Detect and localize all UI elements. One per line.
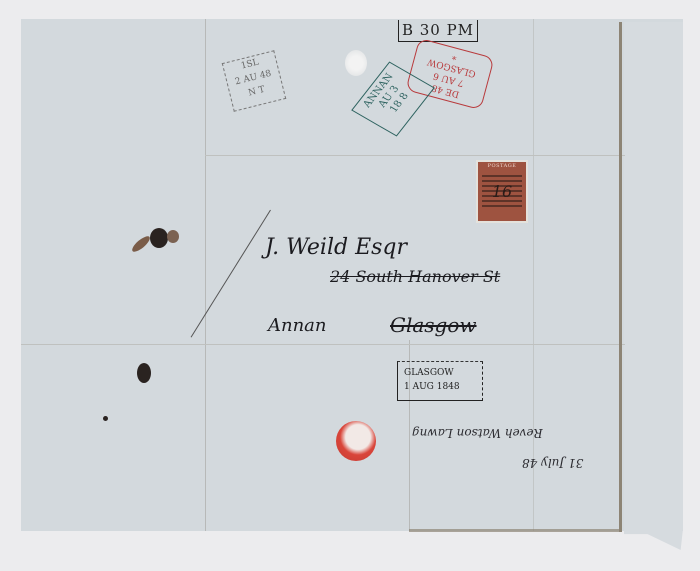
ink-blot-3 (137, 363, 151, 383)
penny-red-stamp: POSTAGE 16 (476, 160, 528, 223)
glasgow-arrival-postmark: GLASGOW 1 AUG 1848 (397, 361, 483, 401)
stamp-postage-label: POSTAGE (478, 163, 526, 169)
address-street: 24 South Hanover St (330, 267, 500, 286)
docket-note: 31 July 48 Reveh Watson Lawng (412, 418, 622, 478)
glasgow-pm-line-1: GLASGOW (404, 366, 482, 380)
docket-line-1: Reveh Watson Lawng (412, 418, 622, 448)
address-town: Annan (268, 315, 327, 336)
docket-line-2: 31 July 48 (412, 448, 622, 478)
fold-line-left (205, 19, 206, 531)
fold-line-bottom (21, 344, 625, 345)
glasgow-pm-line-2: 1 AUG 1848 (404, 380, 482, 394)
ink-blot (150, 228, 168, 248)
address-city: Glasgow (390, 313, 477, 337)
time-postmark: B 30 PM (398, 20, 478, 42)
bottom-fold-edge (409, 529, 621, 532)
address-name: J. Weild Esqr (265, 235, 407, 260)
paper-hole (345, 50, 367, 76)
ink-blot-2 (167, 230, 179, 243)
ink-dot (103, 416, 108, 421)
right-flap (624, 22, 683, 550)
fold-line-top (205, 155, 625, 156)
wax-seal (336, 421, 376, 461)
stamp-cancel-number: 16 (478, 182, 526, 201)
